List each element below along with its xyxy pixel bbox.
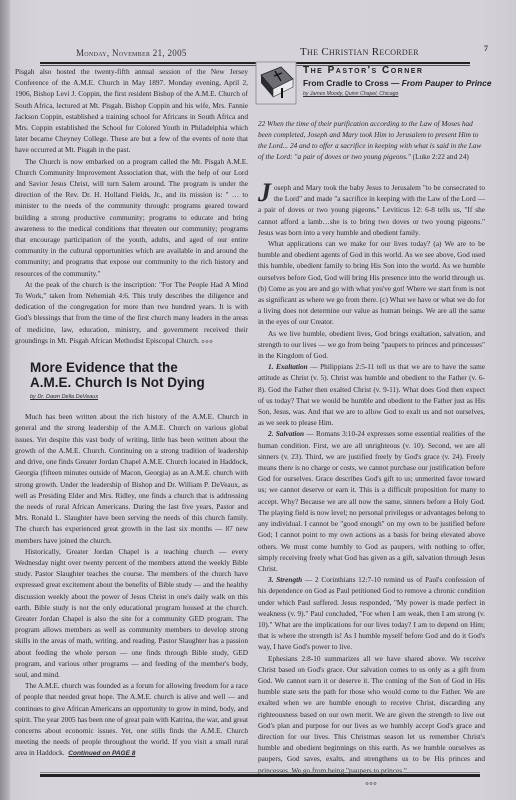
headline-line-2: A.M.E. Church Is Not Dying [30,375,248,390]
article-byline: by Dr. Dawn Della DeVeaux [30,392,248,403]
continued-link[interactable]: Continued on PAGE 8 [68,750,135,757]
point-label: 2. Salvation [268,429,304,438]
title-part-2: From Pauper to Prince [402,78,492,88]
newspaper-page: Monday, November 21, 2005 The Christian … [0,0,516,800]
headline-line-1: More Evidence that the [30,360,248,375]
article-paragraph-text: The A.M.E. church was founded as a forum… [15,681,248,757]
point-text: — 2 Corinthians 12:7-10 remind us of Pau… [258,575,485,651]
pastors-corner-header: The Pastor's Corner From Cradle to Cross… [255,53,486,105]
bible-icon [255,61,297,105]
point-paragraph: 3. Strength — 2 Corinthians 12:7-10 remi… [258,574,485,652]
footer-rule-thin [40,772,480,773]
point-text: — Romans 3:10-24 expresses some essentia… [258,429,485,572]
title-part-1: From Cradle to Cross — [303,78,402,88]
article-headline: More Evidence that the A.M.E. Church Is … [30,360,248,390]
article-paragraph: The A.M.E. church was founded as a forum… [15,680,248,759]
article-paragraph: What applications can we make for our li… [258,238,485,328]
article-paragraph: At the peak of the church is the inscrip… [15,279,248,348]
point-label: 3. Strength [268,575,302,584]
end-ornament: ooo [201,339,213,345]
section-kicker: The Pastor's Corner [303,65,423,76]
page-number: 7 [484,44,488,53]
article-paragraph: Historically, Greater Jordan Chapel is a… [15,546,248,680]
point-paragraph: 1. Exaltation — Philippians 2:5-11 tell … [258,361,485,428]
scripture-reference: (Luke 2:22 and 24) [411,152,469,161]
point-text: — Philippians 2:5-11 tell us that we are… [258,362,485,427]
header-date: Monday, November 21, 2005 [76,48,187,58]
page-spine-shadow [0,0,10,800]
article-paragraph: Joseph and Mary took the baby Jesus to J… [258,182,485,238]
article-paragraph: Ephesians 2:8-10 summarizes all we have … [258,653,485,776]
column-title: From Cradle to Cross — From Pauper to Pr… [303,78,491,88]
right-column: Joseph and Mary took the baby Jesus to J… [258,182,485,790]
left-column: Pisgah also hosted the twenty-fifth annu… [15,66,248,760]
column-byline: by James Moody, Quinn Chapel, Chicago [303,91,398,97]
article-paragraph: Pisgah also hosted the twenty-fifth annu… [15,66,248,156]
drop-cap: J [258,183,271,203]
footer-rule [40,774,480,777]
point-label: 1. Exaltation [268,362,308,371]
article-paragraph: The Church is now embarked on a program … [15,156,248,279]
article-paragraph-text: At the peak of the church is the inscrip… [15,280,248,345]
end-ornament: ooo [258,779,485,790]
article-paragraph: Much has been written about the rich his… [15,411,248,545]
first-paragraph-text: oseph and Mary took the baby Jesus to Je… [258,183,485,237]
scripture-quote: 22 When the time of their purification a… [258,118,485,162]
article-paragraph: As we live humble, obedient lives, God b… [258,328,485,362]
point-paragraph: 2. Salvation — Romans 3:10-24 expresses … [258,428,485,574]
